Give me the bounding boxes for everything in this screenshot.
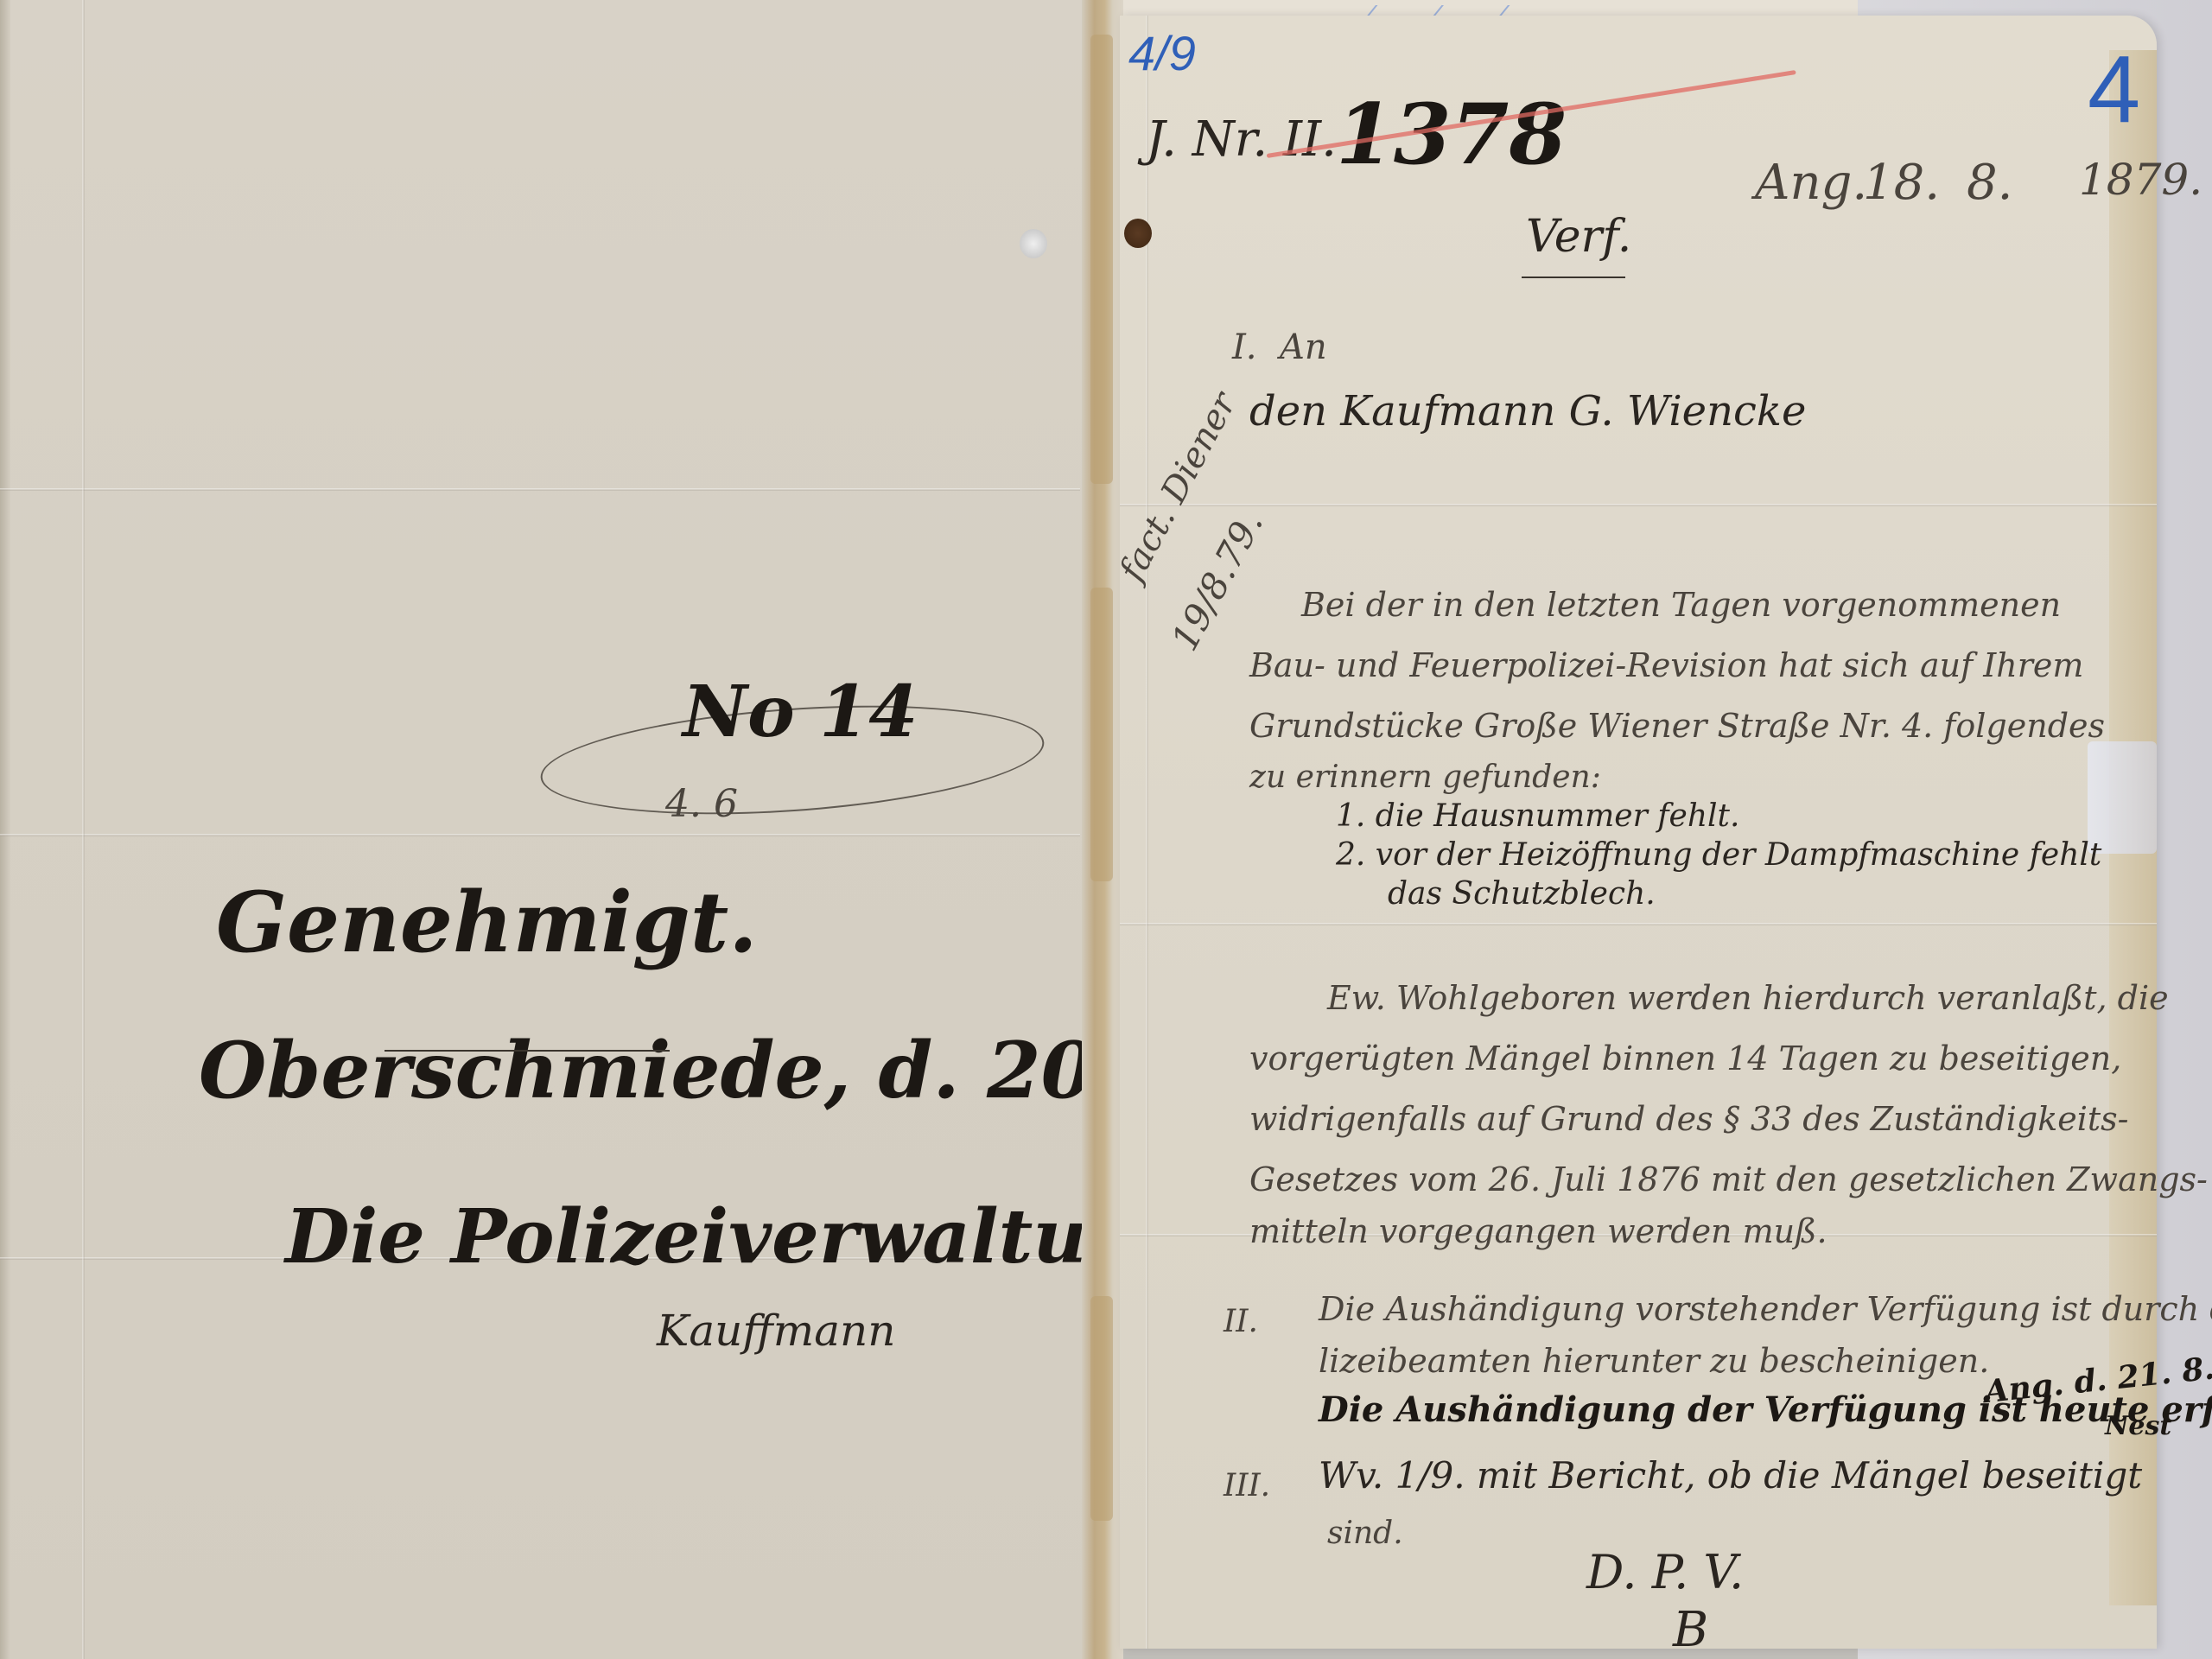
paragraph-line: Ew. Wohlgeboren werden hierdurch veranla…: [1327, 979, 2169, 1019]
heading-verf: Verf.: [1526, 210, 1631, 264]
fold-line: [1120, 923, 2157, 925]
water-stain: [1090, 1296, 1113, 1521]
flourish-line: [385, 1050, 670, 1052]
paragraph-line: Bau- und Feuerpolizei-Revision hat sich …: [1249, 646, 2083, 686]
deficiency-item: 2. vor der Heizöffnung der Dampfmaschine…: [1336, 836, 2101, 874]
blue-corner-mark: 4/9: [1128, 24, 1196, 82]
fold-line: [82, 0, 85, 1659]
left-page: No 14 4. 6 Genehmigt. Oberschmiede, d. 2…: [0, 0, 1097, 1659]
date-day: 18.: [1863, 154, 1940, 212]
deficiency-item: das Schutzblech.: [1388, 875, 1656, 912]
section-3-numeral: III.: [1224, 1467, 1270, 1504]
section-3-line: sind.: [1327, 1515, 1403, 1552]
water-stain: [1090, 35, 1113, 484]
document-photo: ⁄ ⁄ ⁄ No 14 4. 6 Genehmigt. Oberschmiede…: [0, 0, 2212, 1659]
punch-hole: [1124, 219, 1152, 248]
delivery-signature: Nest: [2105, 1411, 2171, 1442]
paragraph-line: Gesetzes vom 26. Juli 1876 mit den geset…: [1249, 1160, 2208, 1200]
date-year: 1879.: [2079, 154, 2202, 206]
signature: Kauffmann: [657, 1305, 895, 1357]
heading-underline: [1522, 276, 1625, 278]
fold-line: [0, 834, 1080, 836]
left-page-edge: [0, 0, 10, 1659]
journal-ref-number: 1378: [1336, 85, 1567, 184]
paragraph-line: Grundstücke Große Wiener Straße Nr. 4. f…: [1249, 707, 2105, 747]
section-2-line: Die Aushändigung vorstehender Verfügung …: [1319, 1290, 2212, 1330]
paragraph-line: Bei der in den letzten Tagen vorgenommen…: [1301, 586, 2061, 626]
signature-mark: B: [1673, 1601, 1708, 1659]
right-page: 4/9 4 J. Nr. II. 1378 Ang. 18. 8. 1879. …: [1120, 16, 2157, 1649]
paragraph-line: widrigenfalls auf Grund des § 33 des Zus…: [1249, 1100, 2129, 1140]
section-1-numeral: I.: [1232, 327, 1257, 368]
blue-page-number: 4: [2088, 33, 2140, 147]
file-number-sub: 4. 6: [665, 782, 738, 828]
section-2-numeral: II.: [1224, 1303, 1258, 1340]
file-number: No 14: [683, 670, 918, 754]
water-stain: [1090, 588, 1113, 881]
section-3-line: Wv. 1/9. mit Bericht, ob die Mängel bese…: [1319, 1454, 2142, 1497]
paragraph-line: zu erinnern gefunden:: [1249, 759, 1601, 796]
date-month: 8.: [1967, 154, 2012, 212]
issuing-authority: Die Polizeiverwaltung: [285, 1192, 1193, 1281]
deficiency-item: 1. die Hausnummer fehlt.: [1336, 798, 1739, 835]
section-2-line: lizeibeamten hierunter zu bescheinigen.: [1319, 1342, 1989, 1382]
approval-text: Genehmigt.: [216, 873, 758, 972]
paragraph-line: vorgerügten Mängel binnen 14 Tagen zu be…: [1249, 1039, 2121, 1079]
punch-hole: [1020, 229, 1047, 258]
journal-ref-prefix: J. Nr. II.: [1146, 111, 1337, 168]
salutation: An: [1280, 327, 1327, 368]
addressee: den Kaufmann G. Wiencke: [1249, 387, 1806, 437]
date-prefix: Ang.: [1755, 154, 1867, 212]
paragraph-line: mitteln vorgegangen werden muß.: [1249, 1212, 1827, 1252]
fold-line: [1120, 504, 2157, 506]
fold-line: [0, 488, 1080, 491]
fold-line: [1146, 16, 1148, 1649]
signature-initials: D. P. V.: [1586, 1545, 1744, 1601]
